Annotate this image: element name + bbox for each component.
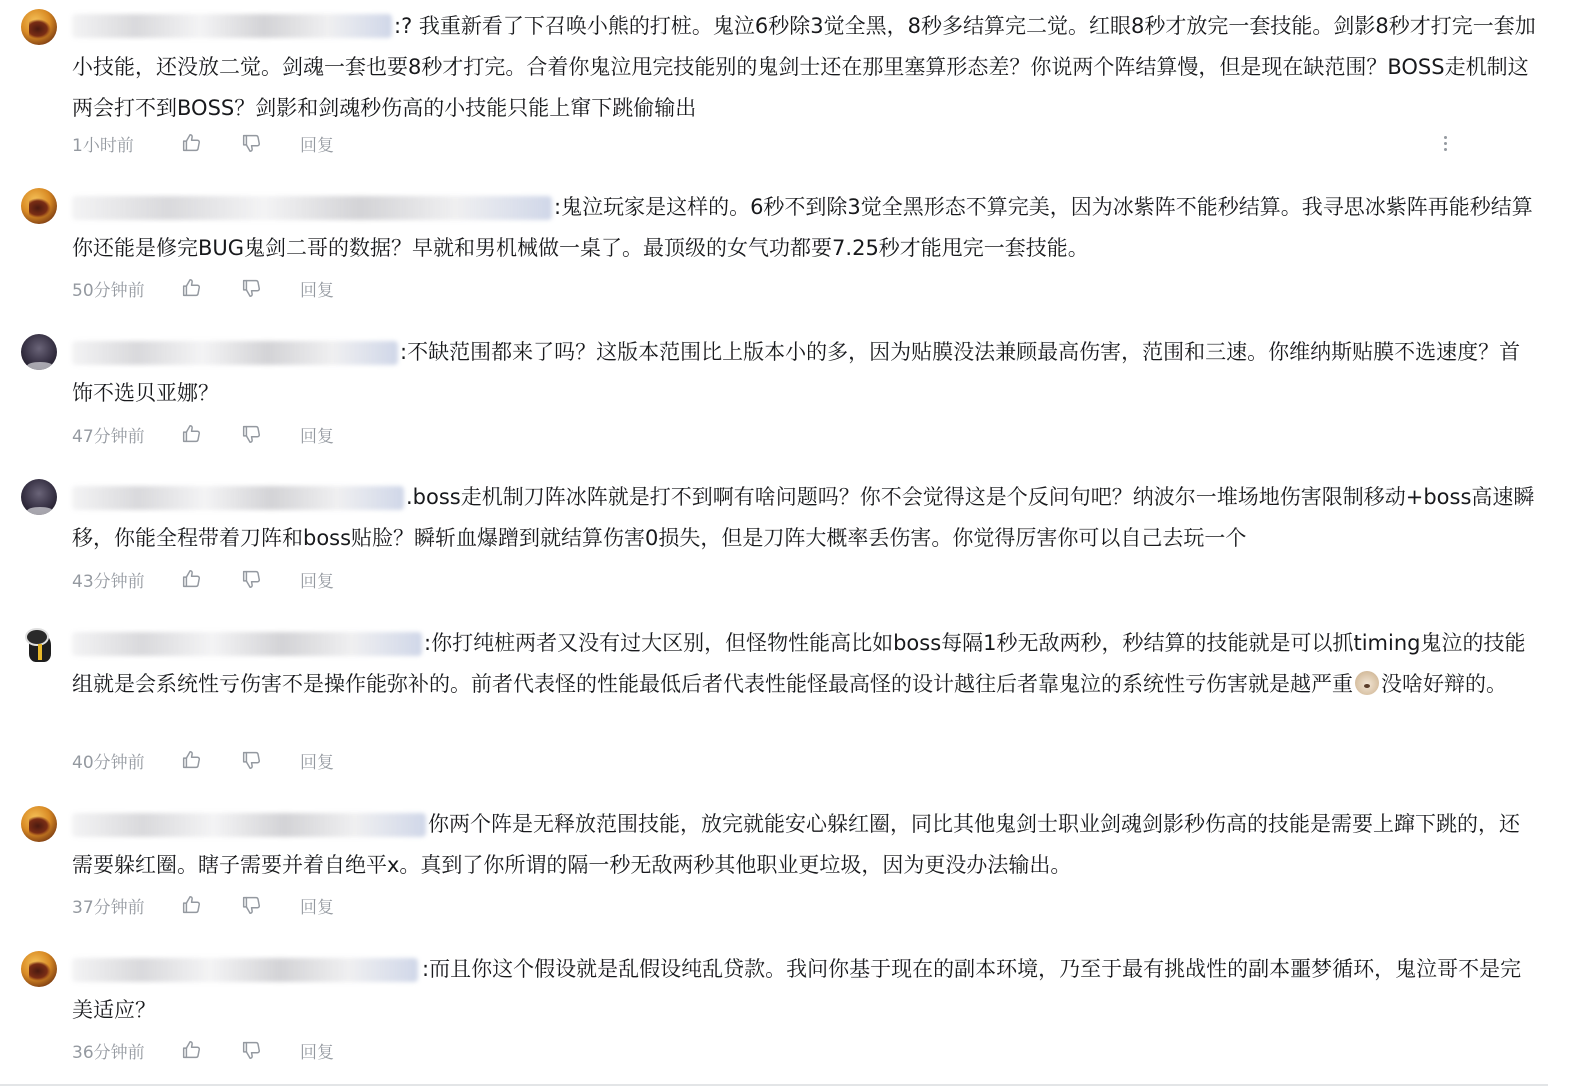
timestamp: 43分钟前 [72,567,180,592]
thumbs-up-icon [180,1039,202,1061]
thumbs-up-icon [180,568,202,590]
like-button[interactable] [180,423,240,445]
dog-face-emoji-icon [1355,671,1379,695]
thumbs-up-icon [180,749,202,771]
like-button[interactable] [180,1039,240,1061]
comment-body: :你打纯桩两者又没有过大区别，但怪物性能高比如boss每隔1秒无敌两秒，秒结算的… [72,631,1526,696]
like-button[interactable] [180,132,240,154]
comment-text: 你两个阵是无释放范围技能，放完就能安心躲红圈，同比其他鬼剑士职业剑魂剑影秒伤高的… [72,804,1540,886]
timestamp: 36分钟前 [72,1038,180,1063]
reply-button[interactable]: 回复 [300,131,334,156]
comment-body: :不缺范围都来了吗？这版本范围比上版本小的多，因为贴膜没法兼顾最高伤害，范围和三… [72,340,1520,405]
comment-text: :不缺范围都来了吗？这版本范围比上版本小的多，因为贴膜没法兼顾最高伤害，范围和三… [72,332,1540,414]
like-button[interactable] [180,749,240,771]
comment-text: .boss走机制刀阵冰阵就是打不到啊有啥问题吗？你不会觉得这是个反问句吧？纳波尔… [72,477,1540,559]
comment-meta: 40分钟前 回复 [72,748,334,772]
comment-body: 你两个阵是无释放范围技能，放完就能安心躲红圈，同比其他鬼剑士职业剑魂剑影秒伤高的… [72,812,1520,877]
avatar[interactable] [21,806,57,842]
reply-button[interactable]: 回复 [300,567,334,592]
avatar[interactable] [21,188,57,224]
dislike-button[interactable] [240,568,300,590]
thumbs-down-icon [240,568,262,590]
dislike-button[interactable] [240,749,300,771]
thumbs-up-icon [180,132,202,154]
avatar[interactable] [21,951,57,987]
reply-button[interactable]: 回复 [300,276,334,301]
dislike-button[interactable] [240,894,300,916]
divider [0,1084,1548,1086]
comment-body: :? 我重新看了下召唤小熊的打桩。鬼泣6秒除3觉全黑，8秒多结算完二觉。红眼8秒… [72,14,1536,120]
timestamp: 40分钟前 [72,748,180,773]
thumbs-down-icon [240,132,262,154]
timestamp: 50分钟前 [72,276,180,301]
vertical-ellipsis-icon [1444,136,1447,139]
dislike-button[interactable] [240,1039,300,1061]
reply-button[interactable]: 回复 [300,1038,334,1063]
comment-meta: 47分钟前 回复 [72,422,334,446]
comment-body-tail: 没啥好辩的。 [1381,672,1507,696]
thumbs-up-icon [180,423,202,445]
like-button[interactable] [180,568,240,590]
comment-text: :鬼泣玩家是这样的。6秒不到除3觉全黑形态不算完美，因为冰紫阵不能秒结算。我寻思… [72,187,1540,269]
dislike-button[interactable] [240,277,300,299]
timestamp: 1小时前 [72,131,180,156]
comment-body: :鬼泣玩家是这样的。6秒不到除3觉全黑形态不算完美，因为冰紫阵不能秒结算。我寻思… [72,195,1533,260]
comment-meta: 1小时前 回复 [72,131,334,155]
avatar[interactable] [21,479,57,515]
comment-body: .boss走机制刀阵冰阵就是打不到啊有啥问题吗？你不会觉得这是个反问句吧？纳波尔… [72,485,1534,550]
comment-meta: 50分钟前 回复 [72,276,334,300]
comment-text: :? 我重新看了下召唤小熊的打桩。鬼泣6秒除3觉全黑，8秒多结算完二觉。红眼8秒… [72,6,1540,129]
reply-button[interactable]: 回复 [300,422,334,447]
avatar[interactable] [21,626,57,662]
timestamp: 37分钟前 [72,893,180,918]
thumbs-down-icon [240,423,262,445]
comment-text: :而且你这个假设就是乱假设纯乱贷款。我问你基于现在的副本环境，乃至于最有挑战性的… [72,949,1540,1031]
like-button[interactable] [180,894,240,916]
comment-meta: 36分钟前 回复 [72,1038,334,1062]
avatar[interactable] [21,334,57,370]
thumbs-down-icon [240,1039,262,1061]
thumbs-down-icon [240,894,262,916]
thumbs-up-icon [180,894,202,916]
comment-text: :你打纯桩两者又没有过大区别，但怪物性能高比如boss每隔1秒无敌两秒，秒结算的… [72,623,1540,705]
thumbs-down-icon [240,749,262,771]
dislike-button[interactable] [240,423,300,445]
avatar[interactable] [21,9,57,45]
dislike-button[interactable] [240,132,300,154]
more-options-button[interactable] [1440,136,1450,156]
timestamp: 47分钟前 [72,422,180,447]
thumbs-up-icon [180,277,202,299]
thumbs-down-icon [240,277,262,299]
comment-body: :而且你这个假设就是乱假设纯乱贷款。我问你基于现在的副本环境，乃至于最有挑战性的… [72,957,1521,1022]
reply-button[interactable]: 回复 [300,748,334,773]
comment-meta: 43分钟前 回复 [72,567,334,591]
comment-meta: 37分钟前 回复 [72,893,334,917]
reply-button[interactable]: 回复 [300,893,334,918]
like-button[interactable] [180,277,240,299]
